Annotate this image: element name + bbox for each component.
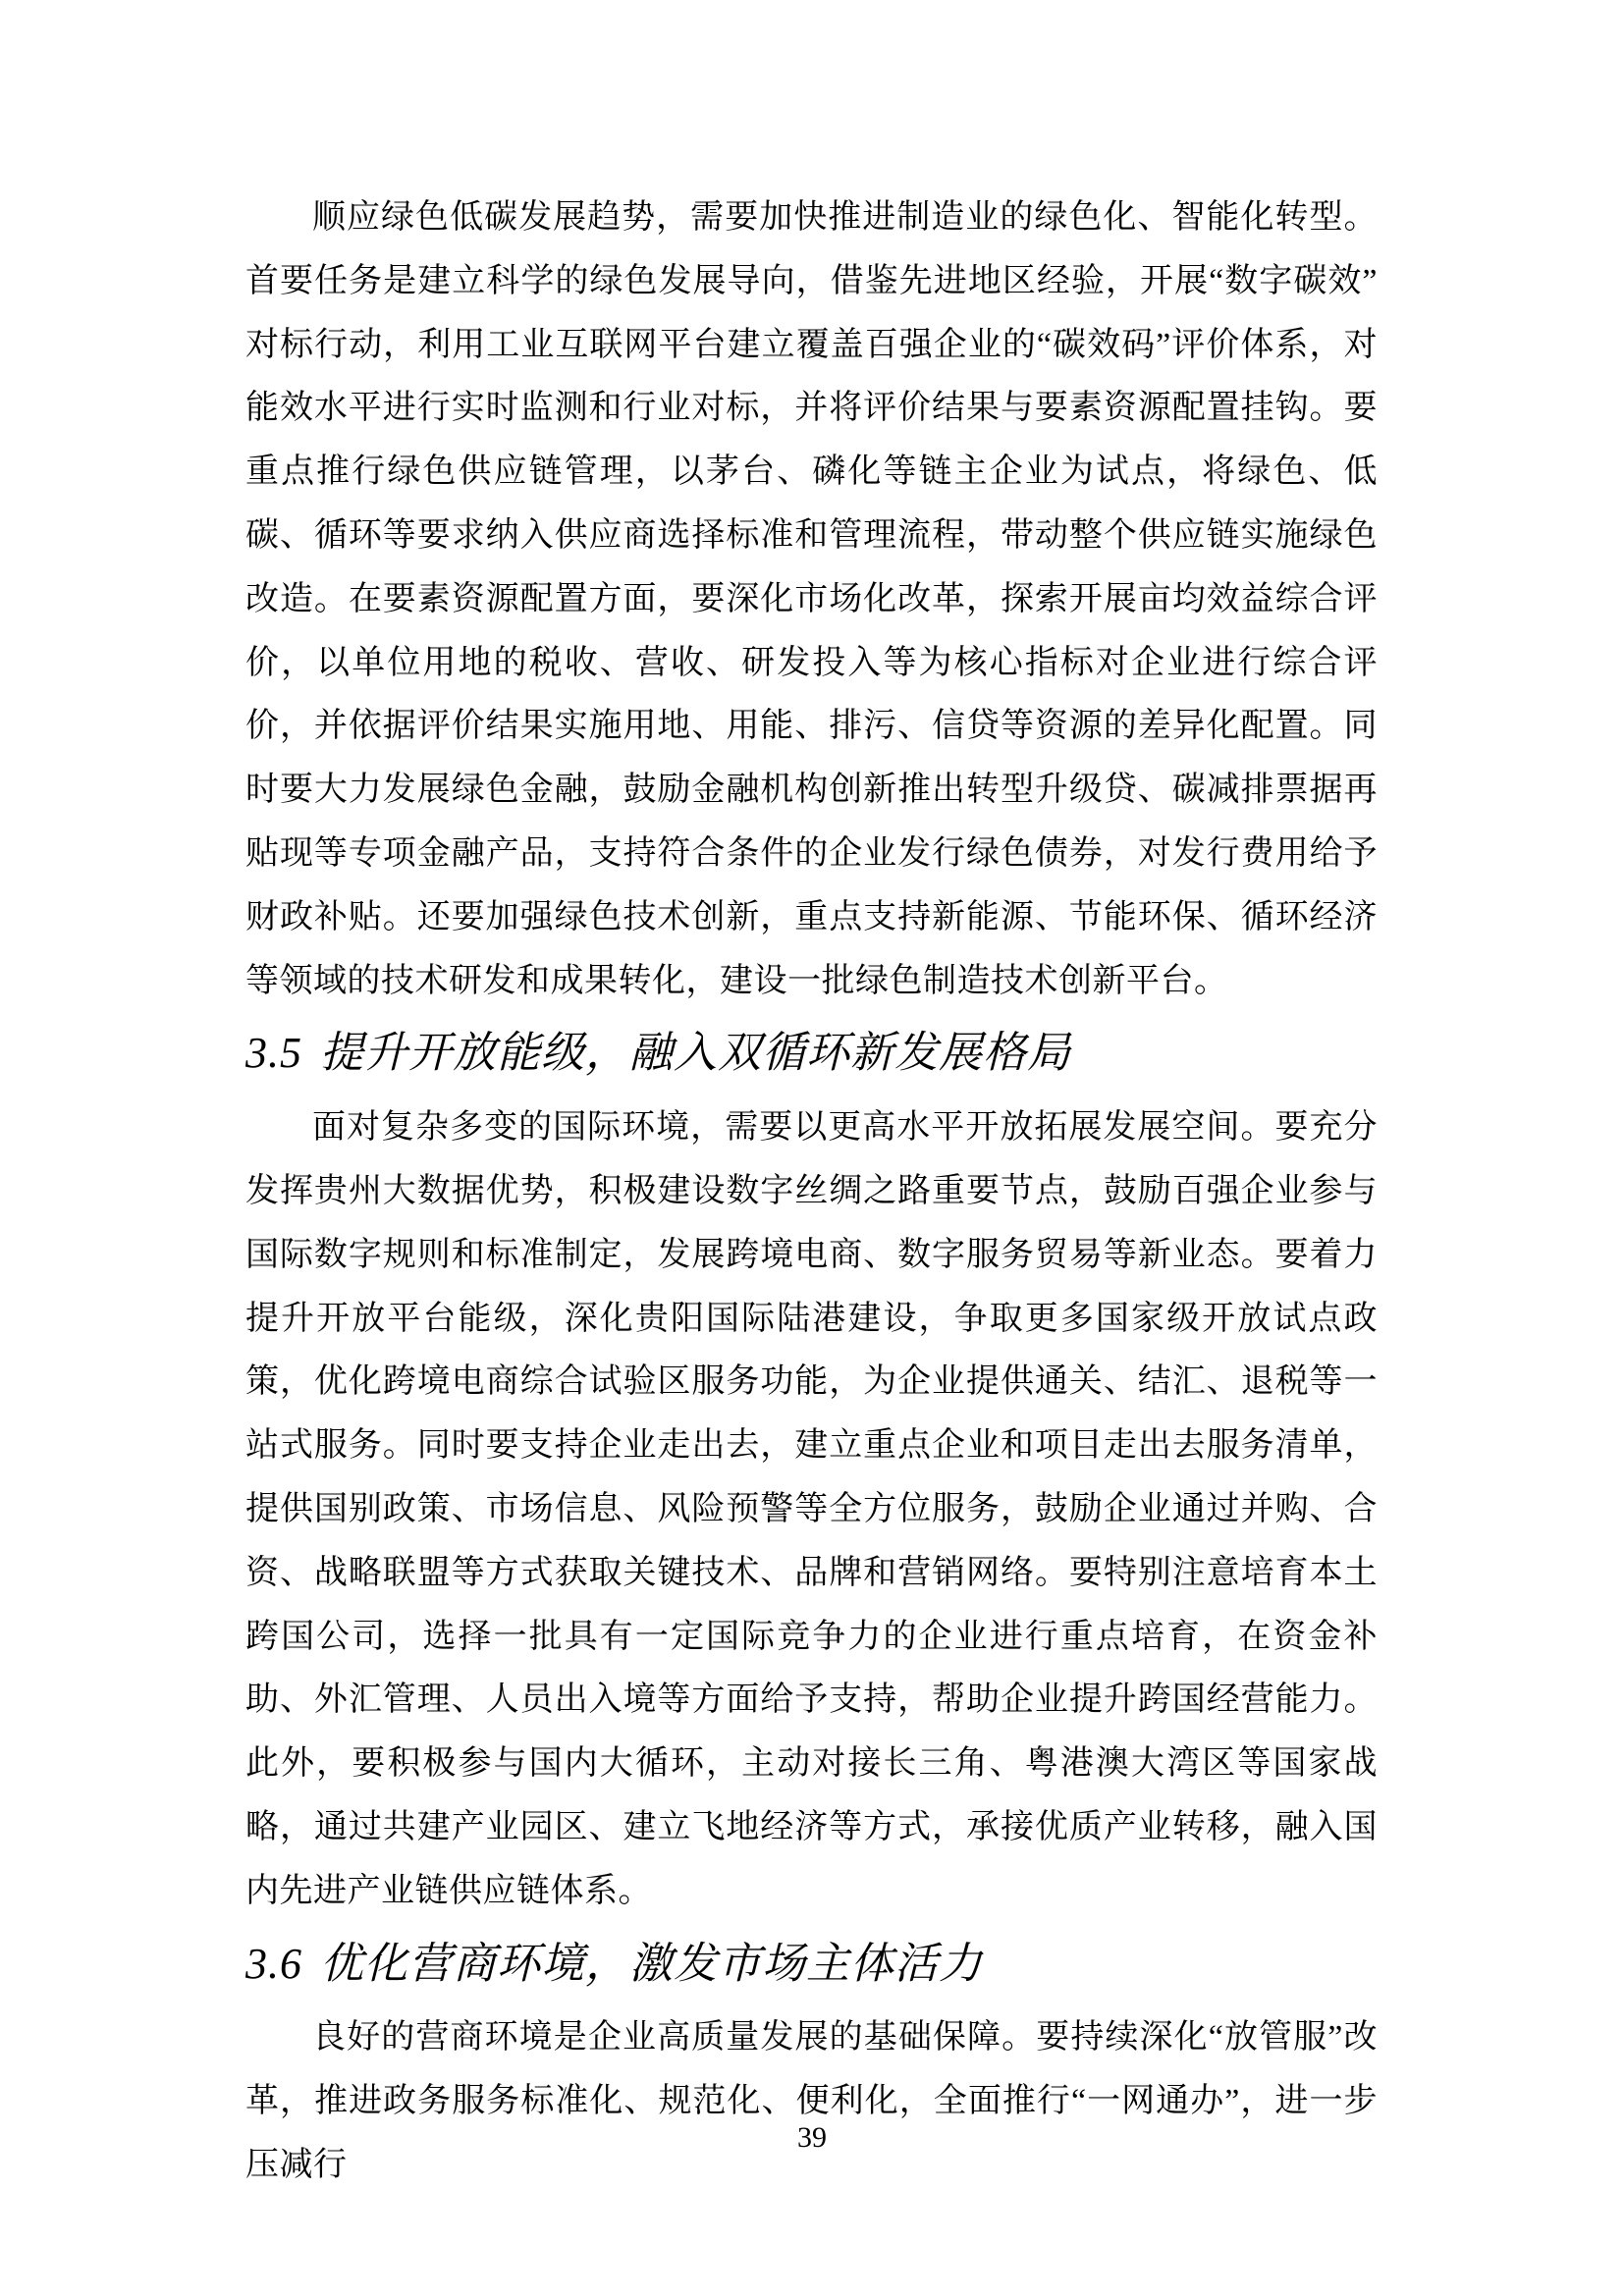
paragraph-business-environment: 良好的营商环境是企业高质量发展的基础保障。要持续深化“放管服”改革，推进政务服务… bbox=[245, 2006, 1378, 2197]
section-heading-3-6: 3.6优化营商环境，激发市场主体活力 bbox=[245, 1933, 1378, 1997]
section-heading-3-5: 3.5提升开放能级，融入双循环新发展格局 bbox=[245, 1022, 1378, 1086]
page-number: 39 bbox=[797, 2121, 827, 2154]
section-number: 3.5 bbox=[245, 1029, 302, 1077]
section-title: 提升开放能级，融入双循环新发展格局 bbox=[320, 1029, 1071, 1077]
paragraph-green-low-carbon: 顺应绿色低碳发展趋势，需要加快推进制造业的绿色化、智能化转型。首要任务是建立科学… bbox=[245, 187, 1378, 1013]
page-footer: 39 bbox=[0, 2118, 1624, 2158]
section-title: 优化营商环境，激发市场主体活力 bbox=[320, 1940, 983, 1988]
document-page: 顺应绿色低碳发展趋势，需要加快推进制造业的绿色化、智能化转型。首要任务是建立科学… bbox=[0, 0, 1624, 2296]
section-number: 3.6 bbox=[245, 1940, 302, 1988]
paragraph-open-economy: 面对复杂多变的国际环境，需要以更高水平开放拓展发展空间。要充分发挥贵州大数据优势… bbox=[245, 1096, 1378, 1923]
page-content: 顺应绿色低碳发展趋势，需要加快推进制造业的绿色化、智能化转型。首要任务是建立科学… bbox=[245, 187, 1378, 2198]
